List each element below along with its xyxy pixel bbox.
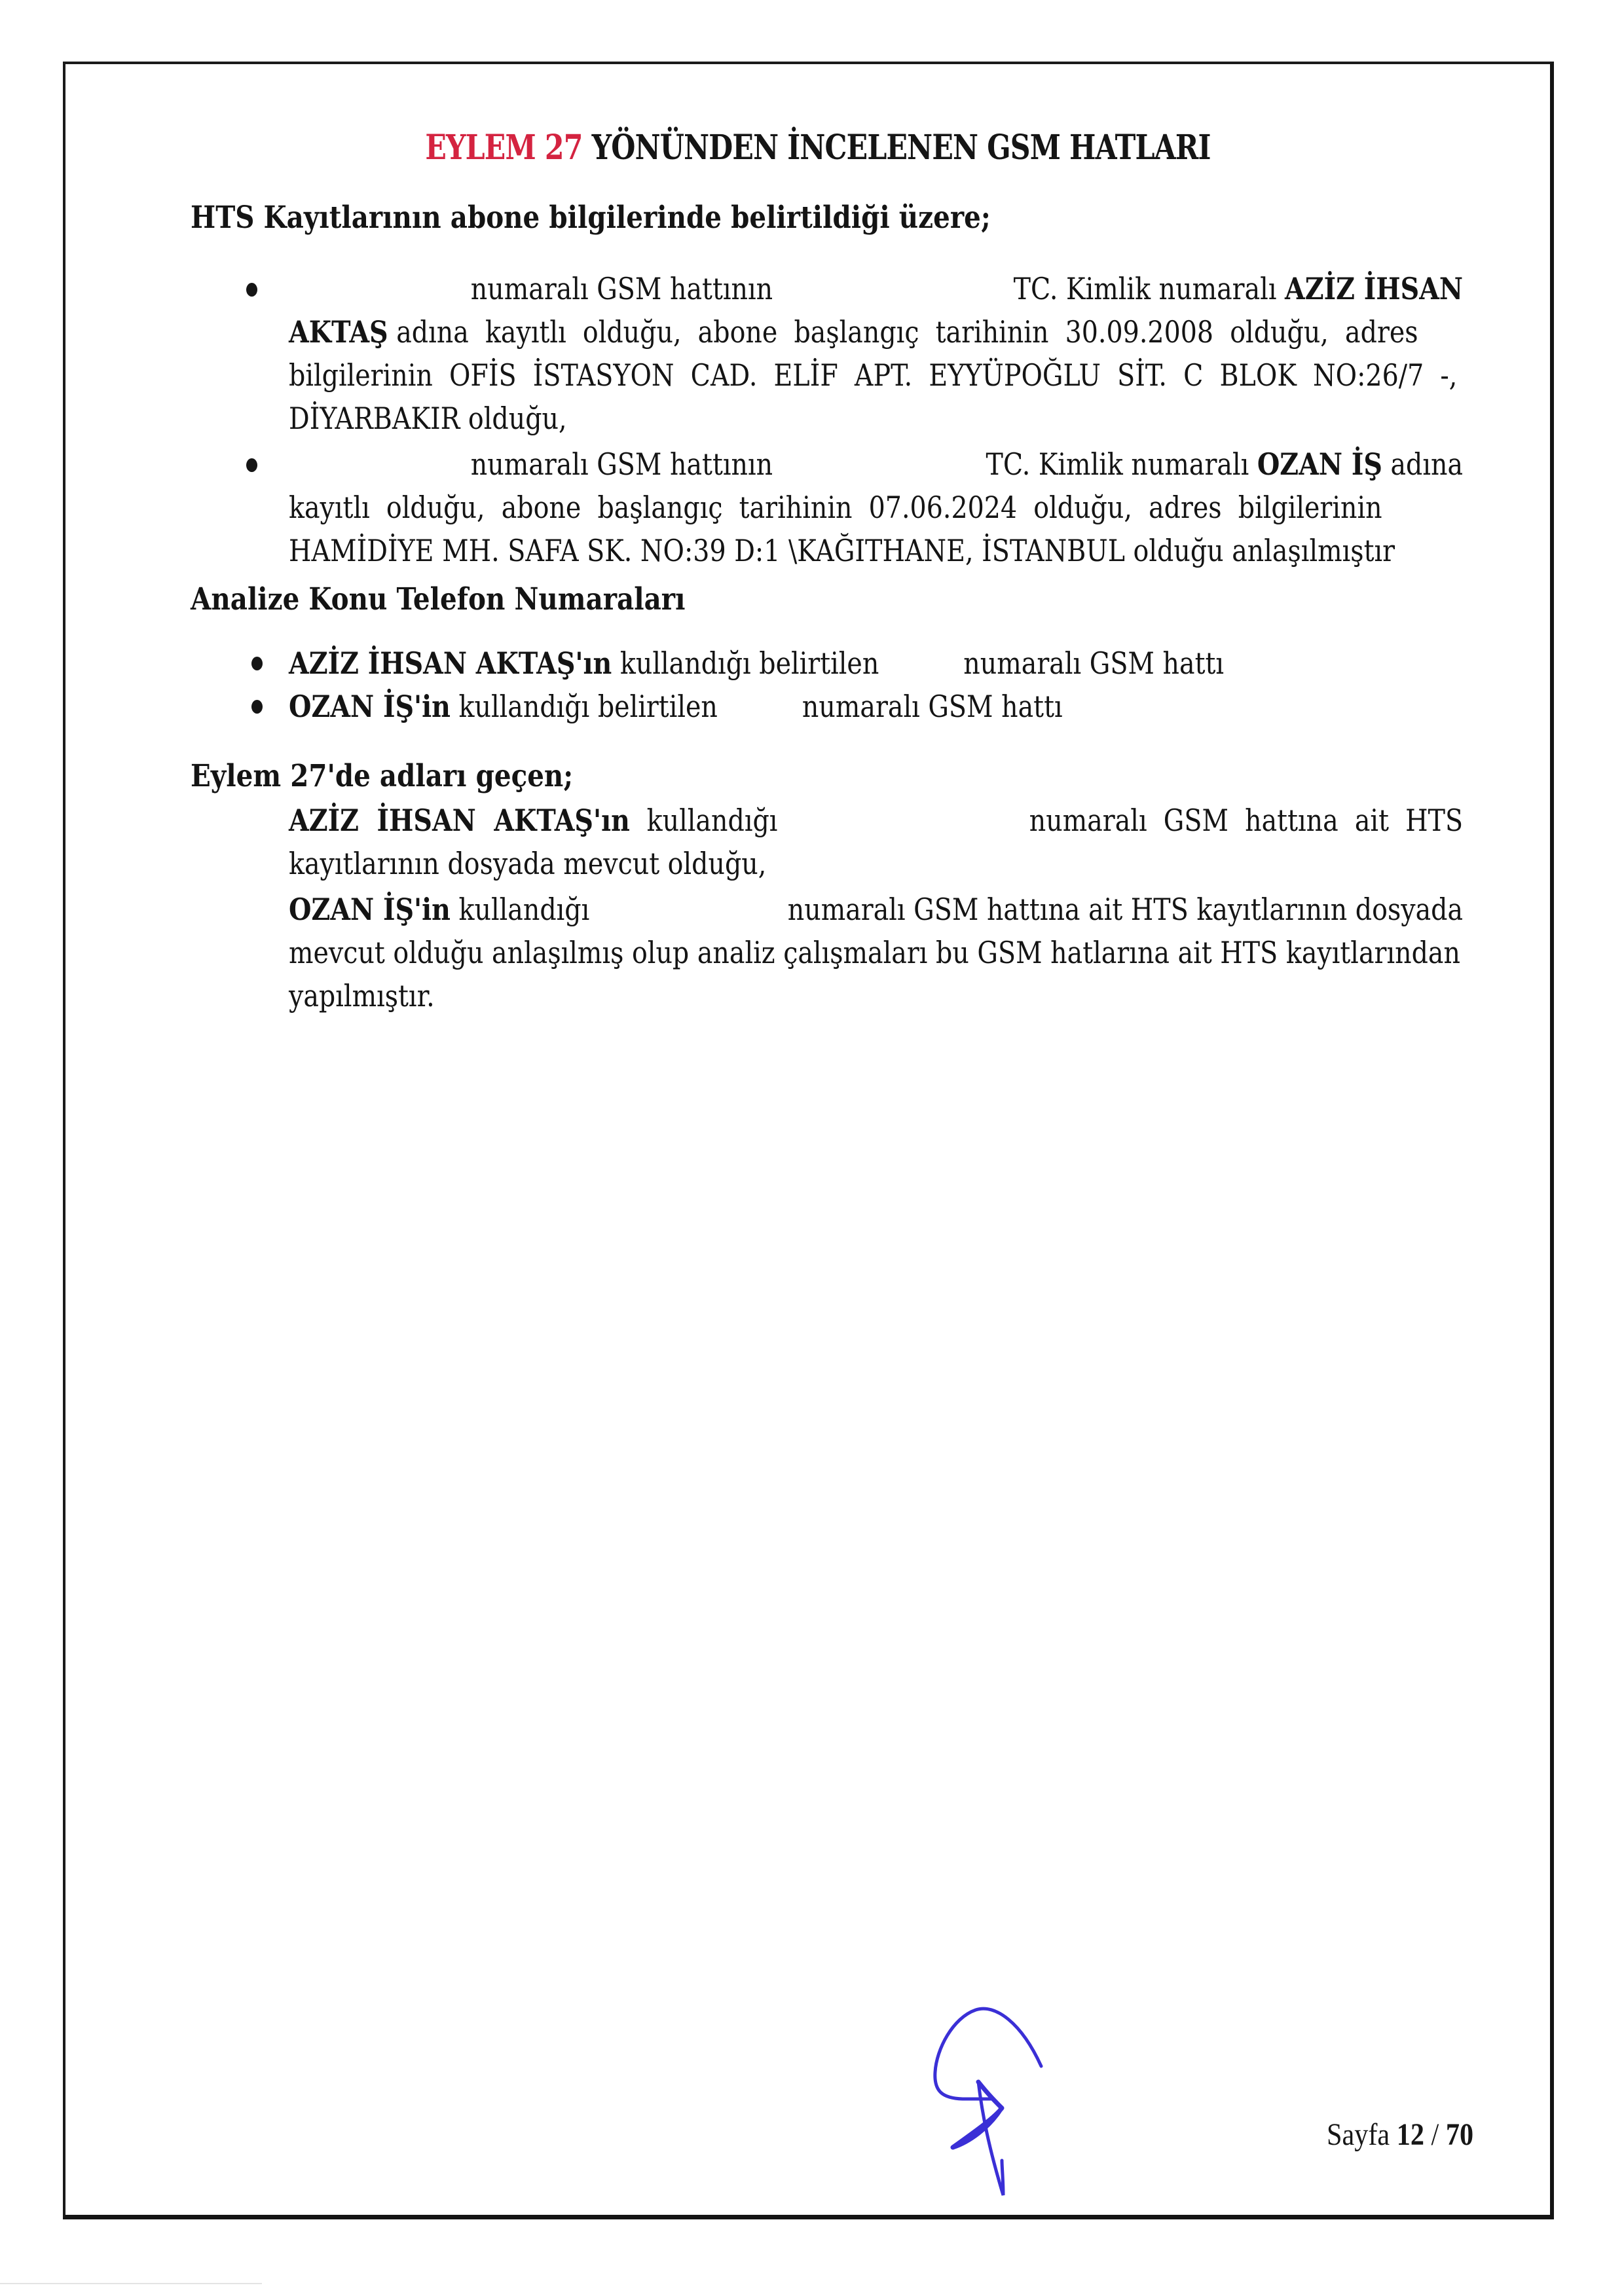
- page-number: Sayfa 12 / 70: [1327, 2117, 1473, 2153]
- item2-line2: kayıtlı olduğu, abone başlangıç tarihini…: [289, 486, 1463, 529]
- subscriber-name: OZAN İŞ: [1257, 446, 1382, 482]
- user-name: AZİZ İHSAN AKTAŞ'ın: [289, 646, 612, 681]
- p1-end: numaralı GSM hattına ait HTS: [1029, 799, 1463, 842]
- phone-item-1: AZİZ İHSAN AKTAŞ'ın kullandığı belirtile…: [289, 642, 1224, 685]
- subscriber-surname: AKTAŞ: [289, 314, 388, 350]
- user-name: OZAN İŞ'in: [289, 892, 451, 927]
- page-total: 70: [1446, 2117, 1473, 2152]
- phone-item-2-mid: kullandığı belirtilen: [451, 689, 718, 724]
- item2-line1-a: numaralı GSM hattının: [471, 446, 773, 482]
- page-sep: /: [1424, 2117, 1446, 2152]
- bullet-icon: [246, 458, 257, 472]
- p2-line3: yapılmıştır.: [289, 974, 1463, 1017]
- title-event-number: EYLEM 27: [425, 128, 582, 168]
- phone-item-1-end: numaralı GSM hattı: [963, 646, 1224, 681]
- bullet-icon: [251, 657, 263, 670]
- page-current: 12: [1397, 2117, 1424, 2152]
- subscriber-name: AZİZ İHSAN: [1285, 271, 1463, 306]
- bullet-icon: [246, 283, 257, 297]
- item2-line1-c: adına: [1382, 446, 1463, 482]
- bullet-icon: [251, 700, 263, 714]
- item1-line1-b: TC. Kimlik numaralı: [1014, 271, 1285, 306]
- scan-artifact: [0, 2283, 262, 2284]
- p2-mid: kullandığı: [451, 892, 589, 927]
- item2-line3: HAMİDİYE MH. SAFA SK. NO:39 D:1 \KAĞITHA…: [289, 529, 1463, 572]
- item1-line2: adına kayıtlı olduğu, abone başlangıç ta…: [388, 314, 1418, 350]
- phone-item-1-mid: kullandığı belirtilen: [612, 646, 879, 681]
- p1-line2: kayıtlarının dosyada mevcut olduğu,: [289, 842, 1463, 885]
- section3-heading: Eylem 27'de adları geçen;: [191, 755, 573, 798]
- signature-icon: [917, 1997, 1192, 2206]
- phone-item-2: OZAN İŞ'in kullandığı belirtilennumaralı…: [289, 685, 1063, 728]
- item1-line4: DİYARBAKIR olduğu,: [289, 397, 1463, 440]
- p2-end: numaralı GSM hattına ait HTS kayıtlarını…: [788, 888, 1463, 931]
- p2-line2: mevcut olduğu anlaşılmış olup analiz çal…: [289, 931, 1463, 974]
- p1-mid: kullandığı: [647, 803, 778, 838]
- item1-line3: bilgilerinin OFİS İSTASYON CAD. ELİF APT…: [289, 354, 1463, 397]
- phone-item-2-end: numaralı GSM hattı: [802, 689, 1063, 724]
- item2-line1-b: TC. Kimlik numaralı: [986, 446, 1257, 482]
- subscriber-item-2: numaralı GSM hattının TC. Kimlik numaral…: [289, 443, 1463, 572]
- page-label: Sayfa: [1327, 2117, 1397, 2152]
- section1-heading: HTS Kayıtlarının abone bilgilerinde beli…: [191, 196, 991, 240]
- title-text: YÖNÜNDEN İNCELENEN GSM HATLARI: [583, 128, 1211, 168]
- section2-heading: Analize Konu Telefon Numaraları: [191, 578, 685, 621]
- page-title: EYLEM 27 YÖNÜNDEN İNCELENEN GSM HATLARI: [152, 128, 1484, 168]
- conclusion-paragraph: AZİZ İHSAN AKTAŞ'ınkullandığı numaralı G…: [289, 799, 1463, 1017]
- item1-line1-a: numaralı GSM hattının: [471, 271, 773, 306]
- user-name: AZİZ İHSAN AKTAŞ'ın: [289, 803, 630, 838]
- subscriber-item-1: numaralı GSM hattının TC. Kimlik numaral…: [289, 267, 1463, 440]
- user-name: OZAN İŞ'in: [289, 689, 451, 724]
